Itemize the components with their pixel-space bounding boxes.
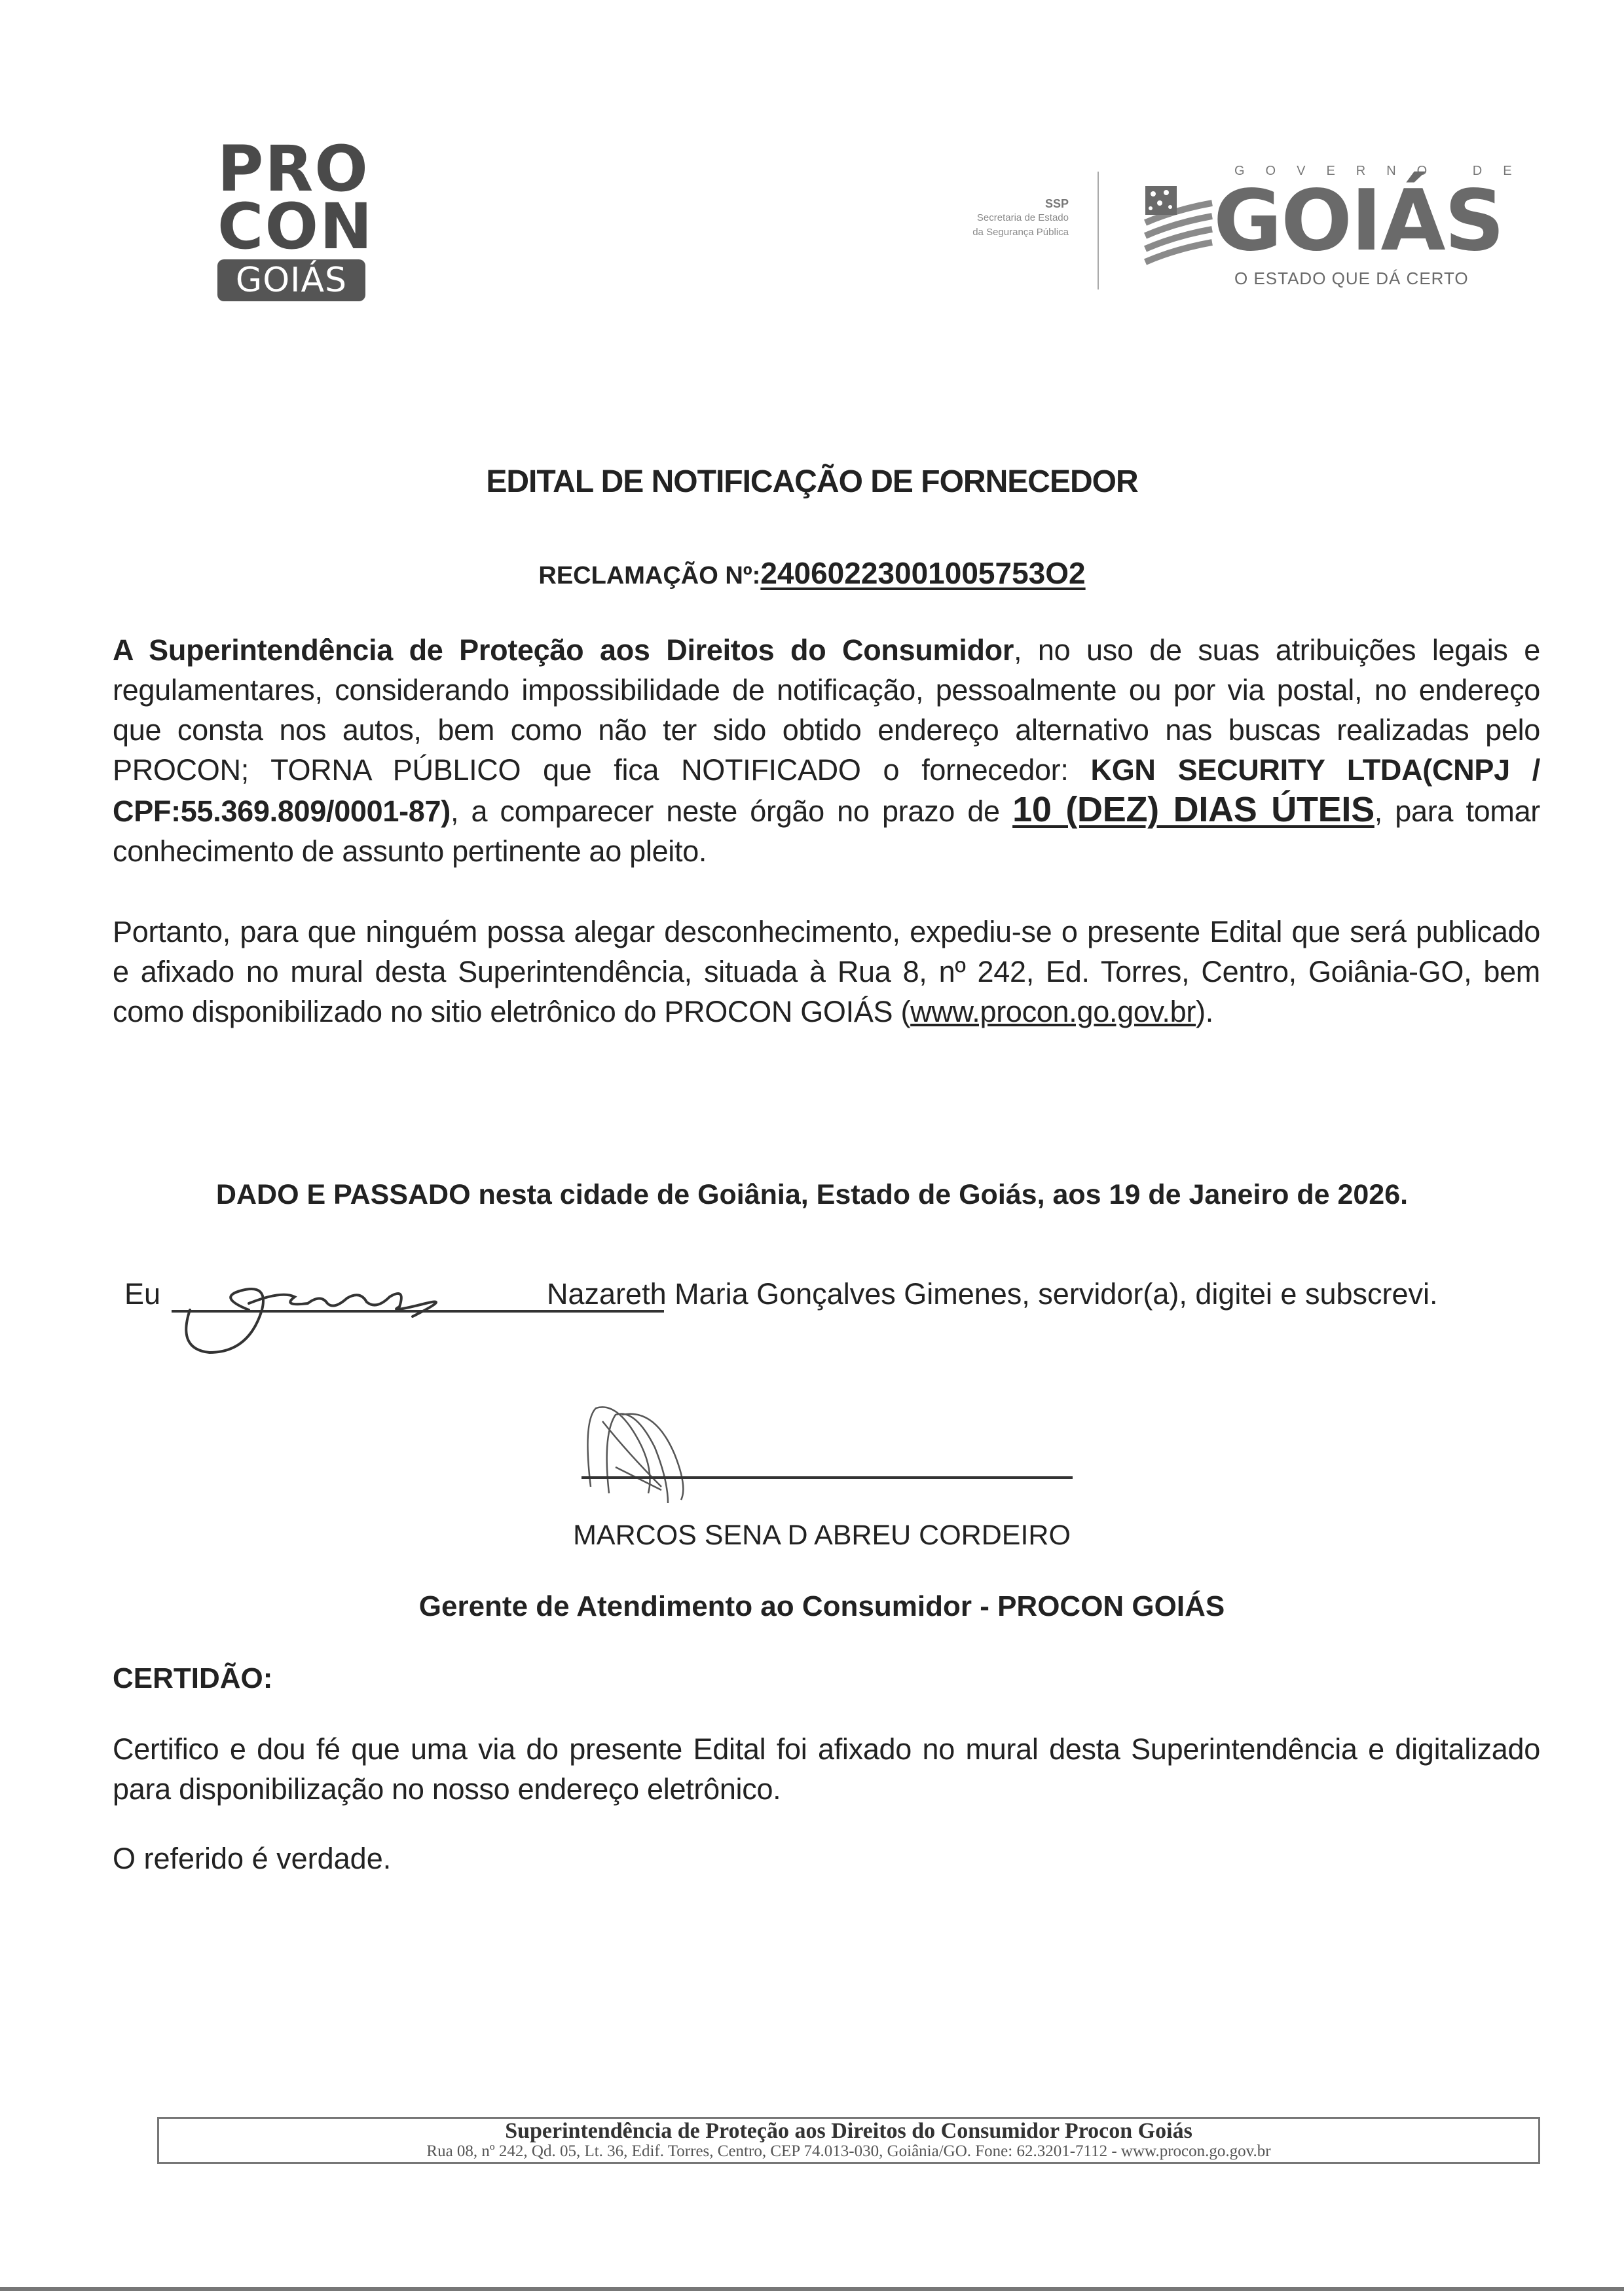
procon-website-link[interactable]: www.procon.go.gov.br: [910, 995, 1196, 1028]
notification-paragraph: A Superintendência de Proteção aos Direi…: [113, 630, 1540, 871]
footer-address: Rua 08, nº 242, Qd. 05, Lt. 36, Edif. To…: [159, 2142, 1538, 2161]
manager-role: Gerente de Atendimento ao Consumidor - P…: [0, 1590, 1624, 1623]
deadline: 10 (DEZ) DIAS ÚTEIS: [1012, 790, 1375, 829]
gov-name: GOIÁS: [1213, 176, 1504, 267]
ssp-line1: Secretaria de Estado: [891, 211, 1069, 225]
logo-badge-goias: GOIÁS: [217, 259, 365, 301]
verdade-text: O referido é verdade.: [113, 1842, 391, 1876]
reclamacao-number: 24060223001005753O2: [760, 556, 1085, 590]
dado-bold: DADO E PASSADO: [216, 1179, 471, 1210]
publication-paragraph: Portanto, para que ninguém possa alegar …: [113, 912, 1540, 1032]
certidao-heading: CERTIDÃO:: [113, 1662, 272, 1695]
typist-name: Nazareth Maria Gonçalves Gimenes, servid…: [547, 1277, 1438, 1311]
scan-page-edge: [0, 2287, 1624, 2291]
paragraph1-text2: , a comparecer neste órgão no prazo de: [451, 794, 1012, 828]
typist-signature-line: Eu Nazareth Maria Gonçalves Gimenes, ser…: [124, 1277, 1565, 1330]
typist-signature-icon: [151, 1258, 557, 1356]
reclamacao-label: RECLAMAÇÃO Nº:: [538, 562, 760, 589]
dado-text: nesta cidade de Goiânia, Estado de Goiás…: [471, 1179, 1409, 1210]
logo-line-con: CON: [217, 198, 375, 255]
header-divider: [1098, 172, 1099, 289]
gov-tagline: O ESTADO QUE DÁ CERTO: [1234, 269, 1469, 289]
reclamacao-line: RECLAMAÇÃO Nº:24060223001005753O2: [0, 555, 1624, 591]
date-line: DADO E PASSADO nesta cidade de Goiânia, …: [0, 1179, 1624, 1211]
ssp-line2: da Segurança Pública: [891, 225, 1069, 240]
certidao-text: Certifico e dou fé que uma via do presen…: [113, 1729, 1540, 1809]
paragraph2-text1: Portanto, para que ninguém possa alegar …: [113, 915, 1540, 1028]
ssp-logo: SSP Secretaria de Estado da Segurança Pú…: [891, 196, 1069, 240]
document-title: EDITAL DE NOTIFICAÇÃO DE FORNECEDOR: [0, 464, 1624, 500]
procon-goias-logo: PRO CON GOIÁS: [217, 140, 375, 301]
logo-line-pro: PRO: [217, 140, 375, 198]
paragraph2-text2: ).: [1196, 995, 1213, 1028]
goias-flag-icon: [1143, 183, 1215, 266]
agency-name: A Superintendência de Proteção aos Direi…: [113, 633, 1014, 667]
manager-name: MARCOS SENA D ABREU CORDEIRO: [0, 1520, 1624, 1552]
manager-signature-rule: [581, 1476, 1073, 1479]
manager-signature-icon: [576, 1395, 825, 1506]
footer-agency: Superintendência de Proteção aos Direito…: [159, 2120, 1538, 2142]
ssp-abbr: SSP: [891, 196, 1069, 211]
footer-box: Superintendência de Proteção aos Direito…: [157, 2117, 1540, 2164]
